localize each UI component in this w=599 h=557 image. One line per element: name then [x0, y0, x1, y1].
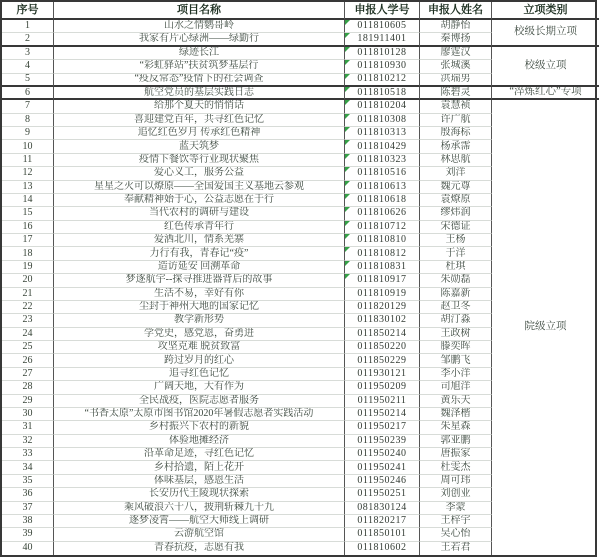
project-name-cell[interactable]: 爱心义工，服务公益 [54, 167, 345, 180]
student-id-cell[interactable]: 011850220 [345, 341, 420, 354]
row-number-cell[interactable]: 38 [2, 515, 54, 528]
row-number-cell[interactable]: 26 [2, 354, 54, 367]
student-id-cell[interactable]: 081830124 [345, 502, 420, 515]
student-id: 011810204 [357, 101, 406, 111]
applicant-name-cell[interactable]: 许广航 [420, 114, 492, 127]
student-id: 011810323 [357, 155, 406, 165]
student-id: 011950240 [357, 449, 406, 459]
project-name-cell[interactable]: 青春抗疫，志愿有我 [54, 542, 345, 555]
applicant-name-cell[interactable]: 赵卫冬 [420, 301, 492, 314]
row-number: 9 [25, 128, 30, 138]
student-id-cell[interactable]: 011950239 [345, 435, 420, 448]
project-name-cell[interactable]: 航空党员的基层实践日志 [54, 87, 345, 100]
applicant-name-cell[interactable]: 郭亚鹏 [420, 435, 492, 448]
applicant-name: 杨承霈 [441, 142, 471, 152]
student-id-cell[interactable]: 011930121 [345, 368, 420, 381]
applicant-name: 朱勋磊 [441, 275, 471, 285]
row-number-cell[interactable]: 16 [2, 221, 54, 234]
category-cell[interactable]: 院级立项 [492, 100, 599, 555]
applicant-name-cell[interactable]: 杨承霈 [420, 140, 492, 153]
student-id: 011820129 [357, 302, 406, 312]
applicant-name-cell[interactable]: 杜琪 [420, 261, 492, 274]
row-number-cell[interactable]: 37 [2, 502, 54, 515]
project-name: 梦逐航宇--探寻推进器背后的故事 [126, 275, 273, 285]
applicant-name-cell[interactable]: 陈嘉新 [420, 288, 492, 301]
applicant-name-cell[interactable]: 廖霆汉 [420, 47, 492, 60]
project-name-cell[interactable]: 沿革命足迹，寻红色记忆 [54, 448, 345, 461]
row-number: 29 [23, 396, 33, 406]
row-number-cell[interactable]: 32 [2, 435, 54, 448]
category-cell[interactable]: “淬炼红心”专项 [492, 87, 599, 100]
applicant-name: 袁燎原 [441, 195, 471, 205]
project-name: 逐梦凌霄——航空大师线上调研 [129, 516, 269, 526]
row-number-cell[interactable]: 25 [2, 341, 54, 354]
student-id-cell[interactable]: 011810605 [345, 20, 420, 33]
row-number: 21 [23, 289, 33, 299]
applicant-name-cell[interactable]: 缪炜润 [420, 207, 492, 220]
applicant-name: 朱星森 [441, 422, 471, 432]
applicant-name-cell[interactable]: 袁燎原 [420, 194, 492, 207]
row-number-cell[interactable]: 29 [2, 395, 54, 408]
row-number-cell[interactable]: 27 [2, 368, 54, 381]
project-name-cell[interactable]: “书香太原”太原市图书馆2020年暑假志愿者实践活动 [54, 408, 345, 421]
number-stored-as-text-flag-icon [345, 154, 350, 159]
project-name-cell[interactable]: 生活不易，幸好有你 [54, 288, 345, 301]
row-number: 35 [23, 476, 33, 486]
project-name-cell[interactable]: 蓝天筑梦 [54, 140, 345, 153]
project-name-cell[interactable]: 星星之火可以燎原——全国爱国主义基地云参观 [54, 181, 345, 194]
student-id: 011850101 [357, 529, 406, 539]
student-id-cell[interactable]: 011810930 [345, 60, 420, 73]
applicant-name: 杜雯杰 [441, 463, 471, 473]
student-id: 011810831 [357, 262, 406, 272]
row-number-cell[interactable]: 36 [2, 488, 54, 501]
applicant-name: 魏元尊 [441, 182, 471, 192]
applicant-name-cell[interactable]: 王政树 [420, 328, 492, 341]
student-id-cell[interactable]: 181911401 [345, 33, 420, 46]
row-number: 31 [23, 422, 33, 432]
student-id-cell[interactable]: 011810429 [345, 140, 420, 153]
student-id-cell[interactable]: 011810626 [345, 207, 420, 220]
row-number: 17 [23, 235, 33, 245]
project-name: 追忆红色岁月 传承红色精神 [138, 128, 261, 138]
row-number-cell[interactable]: 23 [2, 314, 54, 327]
category-label: 校级立项 [525, 61, 567, 72]
row-number: 39 [23, 529, 33, 539]
student-id: 011810930 [357, 61, 406, 71]
row-number: 6 [25, 88, 30, 98]
project-name: 攻坚克难 脱贫致富 [158, 342, 241, 352]
row-number: 36 [23, 489, 33, 499]
project-name-cell[interactable]: 当代农村的调研与建设 [54, 207, 345, 220]
row-number: 2 [25, 34, 30, 44]
student-id: 011950209 [357, 382, 406, 392]
row-number: 13 [23, 182, 33, 192]
applicant-name-cell[interactable]: 司旭洋 [420, 381, 492, 394]
project-name-cell[interactable]: 长安历代王陵现状探索 [54, 488, 345, 501]
row-number: 4 [25, 61, 30, 71]
student-id: 011810613 [357, 182, 406, 192]
row-number-cell[interactable]: 5 [2, 74, 54, 87]
project-name: 体味基层，感恩生活 [154, 476, 244, 486]
project-name: 云游航空馆 [174, 529, 224, 539]
column-header-seq[interactable]: 序号 [2, 2, 54, 20]
student-id-cell[interactable]: 011810602 [345, 542, 420, 555]
applicant-name-cell[interactable]: 王梓宇 [420, 515, 492, 528]
project-name-cell[interactable]: 逐梦凌霄——航空大师线上调研 [54, 515, 345, 528]
applicant-name-cell[interactable]: 张城溪 [420, 60, 492, 73]
project-name-cell[interactable]: 云游航空馆 [54, 528, 345, 541]
row-number-cell[interactable]: 1 [2, 20, 54, 33]
project-name-cell[interactable]: 绿迹长江 [54, 47, 345, 60]
row-number-cell[interactable]: 18 [2, 247, 54, 260]
project-name-cell[interactable]: 我家有片心绿洲——绿勤行 [54, 33, 345, 46]
row-number-cell[interactable]: 4 [2, 60, 54, 73]
student-id-cell[interactable]: 011950211 [345, 395, 420, 408]
applicant-name-cell[interactable]: 王若君 [420, 542, 492, 555]
applicant-name: 李小洋 [441, 369, 471, 379]
project-name-cell[interactable]: 造访延安 回溯革命 [54, 261, 345, 274]
applicant-name: 郭亚鹏 [441, 436, 471, 446]
project-name: 星星之火可以燎原——全国爱国主义基地云参观 [94, 182, 304, 192]
project-name: 全民战疫，医院志愿者服务 [139, 396, 259, 406]
applicant-name: 王杨 [446, 235, 466, 245]
applicant-name-cell[interactable]: 袁慧祯 [420, 100, 492, 113]
applicant-name: 周可玮 [441, 476, 471, 486]
student-id: 011810516 [357, 168, 406, 178]
project-name-cell[interactable]: 爱洒北川，情系羌寨 [54, 234, 345, 247]
applicant-name-cell[interactable]: 胡汀淼 [420, 314, 492, 327]
row-number: 25 [23, 342, 33, 352]
applicant-name-cell[interactable]: 邹鹏飞 [420, 354, 492, 367]
applicant-name: 缪炜润 [441, 208, 471, 218]
student-id-cell[interactable]: 011810618 [345, 194, 420, 207]
student-id: 011850220 [357, 342, 406, 352]
row-number-cell[interactable]: 13 [2, 181, 54, 194]
applicant-name: 王政树 [441, 329, 471, 339]
applicant-name-cell[interactable]: 滕奕晖 [420, 341, 492, 354]
row-number: 40 [23, 543, 33, 553]
applicant-name-cell[interactable]: 李蒙 [420, 502, 492, 515]
student-id-cell[interactable]: 011810812 [345, 247, 420, 260]
project-name-cell[interactable]: 乡村拾遗，陌上花开 [54, 461, 345, 474]
number-stored-as-text-flag-icon [345, 60, 350, 65]
student-id: 011950239 [357, 436, 406, 446]
student-id-cell[interactable]: 011810712 [345, 221, 420, 234]
student-id-cell[interactable]: 011810810 [345, 234, 420, 247]
project-name-cell[interactable]: 喜迎建党百年，共寻红色记忆 [54, 114, 345, 127]
row-number-cell[interactable]: 40 [2, 542, 54, 555]
row-number-cell[interactable]: 24 [2, 328, 54, 341]
student-id-cell[interactable]: 011810613 [345, 181, 420, 194]
column-header-category[interactable]: 立项类别 [492, 2, 599, 20]
row-number: 1 [25, 21, 30, 31]
row-number-cell[interactable]: 11 [2, 154, 54, 167]
student-id: 011950211 [358, 396, 407, 406]
row-number: 19 [23, 262, 33, 272]
row-number-cell[interactable]: 34 [2, 461, 54, 474]
student-id-cell[interactable]: 011810917 [345, 274, 420, 287]
student-id: 011810602 [357, 543, 406, 553]
number-stored-as-text-flag-icon [345, 221, 350, 226]
student-id: 011810626 [357, 208, 406, 218]
row-number-cell[interactable]: 12 [2, 167, 54, 180]
row-number-cell[interactable]: 35 [2, 475, 54, 488]
project-name: 青春抗疫，志愿有我 [154, 543, 244, 553]
row-number: 3 [25, 48, 30, 58]
number-stored-as-text-flag-icon [345, 114, 350, 119]
row-number-cell[interactable]: 33 [2, 448, 54, 461]
student-id: 011810618 [357, 195, 406, 205]
project-name-cell[interactable]: 乡村振兴下农村的新貌 [54, 421, 345, 434]
student-id-cell[interactable]: 011830102 [345, 314, 420, 327]
student-id-cell[interactable]: 011810516 [345, 167, 420, 180]
row-number-cell[interactable]: 7 [2, 100, 54, 113]
applicant-name: 胡汀淼 [441, 315, 471, 325]
project-name-cell[interactable]: “彩虹驿站”扶贫筑梦基层行 [54, 60, 345, 73]
row-number-cell[interactable]: 3 [2, 47, 54, 60]
student-id: 011810712 [357, 222, 406, 232]
applicant-name-cell[interactable]: 李小洋 [420, 368, 492, 381]
student-id-cell[interactable]: 011810919 [345, 288, 420, 301]
row-number-cell[interactable]: 20 [2, 274, 54, 287]
applicant-name-cell[interactable]: 周可玮 [420, 475, 492, 488]
project-name: 乡村拾遗，陌上花开 [154, 463, 244, 473]
project-name-cell[interactable]: 追忆红色岁月 传承红色精神 [54, 127, 345, 140]
column-header-project-name[interactable]: 项目名称 [54, 2, 345, 20]
project-name-cell[interactable]: 力行有我，青春记“疫” [54, 247, 345, 260]
project-name: 奉献精神始于心，公益志愿在于行 [124, 195, 274, 205]
project-name-cell[interactable]: 跨过岁月的红心 [54, 354, 345, 367]
row-number: 7 [25, 101, 30, 111]
project-name-cell[interactable]: 疫情下餐饮等行业现状聚焦 [54, 154, 345, 167]
row-number-cell[interactable]: 9 [2, 127, 54, 140]
applicant-name-cell[interactable]: 洪瑞男 [420, 74, 492, 87]
row-number: 23 [23, 315, 33, 325]
student-id-cell[interactable]: 011950251 [345, 488, 420, 501]
applicant-name-cell[interactable]: 刘创业 [420, 488, 492, 501]
student-id-cell[interactable]: 011850229 [345, 354, 420, 367]
row-number: 33 [23, 449, 33, 459]
student-id: 011850229 [357, 356, 406, 366]
applicant-name: 魏泽楷 [441, 409, 471, 419]
student-id-cell[interactable]: 011820217 [345, 515, 420, 528]
student-id-cell[interactable]: 011810831 [345, 261, 420, 274]
row-number-cell[interactable]: 17 [2, 234, 54, 247]
number-stored-as-text-flag-icon [345, 33, 350, 38]
project-name-cell[interactable]: 红色传承青年行 [54, 221, 345, 234]
student-id: 011810812 [357, 249, 406, 259]
student-id-cell[interactable]: 011810308 [345, 114, 420, 127]
row-number: 15 [23, 208, 33, 218]
row-number: 38 [23, 516, 33, 526]
number-stored-as-text-flag-icon [345, 140, 350, 145]
row-number-cell[interactable]: 15 [2, 207, 54, 220]
student-id-cell[interactable]: 011810128 [345, 47, 420, 60]
student-id-cell[interactable]: 011810212 [345, 74, 420, 87]
category-cell[interactable]: 校级立项 [492, 47, 599, 87]
project-name-cell[interactable]: 广阔天地，大有作为 [54, 381, 345, 394]
column-header-applicant-name[interactable]: 申报人姓名 [420, 2, 492, 20]
applicant-name: 滕奕晖 [441, 342, 471, 352]
project-name-cell[interactable]: 梦逐航宇--探寻推进器背后的故事 [54, 274, 345, 287]
project-name: 绿迹长江 [179, 48, 219, 58]
row-number: 8 [25, 115, 30, 125]
row-number-cell[interactable]: 28 [2, 381, 54, 394]
student-id-cell[interactable]: 011850214 [345, 328, 420, 341]
row-number-cell[interactable]: 22 [2, 301, 54, 314]
applicant-name: 许广航 [441, 115, 471, 125]
applicant-name: 刘创业 [441, 489, 471, 499]
number-stored-as-text-flag-icon [345, 247, 350, 252]
applicant-name-cell[interactable]: 殷海标 [420, 127, 492, 140]
project-name-cell[interactable]: 攻坚克难 脱贫致富 [54, 341, 345, 354]
applicant-name: 于洋 [446, 249, 466, 259]
project-name: 当代农村的调研与建设 [149, 208, 249, 218]
row-number-cell[interactable]: 14 [2, 194, 54, 207]
student-id-cell[interactable]: 011810323 [345, 154, 420, 167]
project-name-cell[interactable]: 给那个夏天的悄悄话 [54, 100, 345, 113]
applicant-name-cell[interactable]: 秦博扬 [420, 33, 492, 46]
project-name-cell[interactable]: 乘风破浪六十八，披荆斩棘九十九 [54, 502, 345, 515]
row-number-cell[interactable]: 31 [2, 421, 54, 434]
student-id: 011820217 [357, 516, 406, 526]
number-stored-as-text-flag-icon [345, 194, 350, 199]
student-id-cell[interactable]: 011950246 [345, 475, 420, 488]
student-id-cell[interactable]: 011950214 [345, 408, 420, 421]
applicant-name-cell[interactable]: 黄乐天 [420, 395, 492, 408]
category-cell[interactable]: 校级长期立项 [492, 20, 599, 47]
applicant-name: 秦博扬 [441, 34, 471, 44]
number-stored-as-text-flag-icon [345, 234, 350, 239]
applicant-name-cell[interactable]: 吴心怡 [420, 528, 492, 541]
project-name-cell[interactable]: 体验地摊经济 [54, 435, 345, 448]
row-number-cell[interactable]: 8 [2, 114, 54, 127]
applicant-name-cell[interactable]: 林思航 [420, 154, 492, 167]
applicant-name: 袁慧祯 [441, 101, 471, 111]
project-name: 乡村振兴下农村的新貌 [149, 422, 249, 432]
row-number-cell[interactable]: 2 [2, 33, 54, 46]
project-name-cell[interactable]: 体味基层，感恩生活 [54, 475, 345, 488]
project-name-cell[interactable]: 奉献精神始于心，公益志愿在于行 [54, 194, 345, 207]
applicant-name-cell[interactable]: 朱星森 [420, 421, 492, 434]
row-number: 12 [23, 168, 33, 178]
project-name: 爱心义工，服务公益 [154, 168, 244, 178]
student-id-cell[interactable]: 011950240 [345, 448, 420, 461]
applicant-name: 胡静怡 [441, 21, 471, 31]
project-name: 给那个夏天的悄悄话 [154, 101, 244, 111]
applicant-name-cell[interactable]: 王杨 [420, 234, 492, 247]
project-name: 跨过岁月的红心 [164, 356, 234, 366]
student-id-cell[interactable]: 011810518 [345, 87, 420, 100]
project-name: 爱洒北川，情系羌寨 [154, 235, 244, 245]
project-name: 学党史，感党恩，奋勇进 [144, 329, 254, 339]
applicant-name: 殷海标 [441, 128, 471, 138]
row-number: 28 [23, 382, 33, 392]
applicant-name-cell[interactable]: 魏泽楷 [420, 408, 492, 421]
applicant-name: 赵卫冬 [441, 302, 471, 312]
student-id: 011810810 [357, 235, 406, 245]
row-number: 34 [23, 463, 33, 473]
student-id: 011810518 [357, 88, 406, 98]
row-number: 11 [23, 155, 33, 165]
applicant-name-cell[interactable]: 宋德证 [420, 221, 492, 234]
number-stored-as-text-flag-icon [345, 20, 350, 25]
project-name: “彩虹驿站”扶贫筑梦基层行 [140, 61, 259, 71]
project-name: 红色传承青年行 [164, 222, 234, 232]
project-name-cell[interactable]: 全民战疫，医院志愿者服务 [54, 395, 345, 408]
number-stored-as-text-flag-icon [345, 47, 350, 52]
student-id-cell[interactable]: 011950217 [345, 421, 420, 434]
student-id-cell[interactable]: 011950209 [345, 381, 420, 394]
row-number-cell[interactable]: 6 [2, 87, 54, 100]
applicant-name-cell[interactable]: 魏元尊 [420, 181, 492, 194]
project-name-cell[interactable]: 追寻红色记忆 [54, 368, 345, 381]
student-id-cell[interactable]: 011810313 [345, 127, 420, 140]
student-id-cell[interactable]: 011950241 [345, 461, 420, 474]
applicant-name: 刘洋 [446, 168, 466, 178]
applicant-name-cell[interactable]: 胡静怡 [420, 20, 492, 33]
project-name: 长安历代王陵现状探索 [149, 489, 249, 499]
project-name: 我家有片心绿洲——绿勤行 [139, 34, 259, 44]
number-stored-as-text-flag-icon [345, 207, 350, 212]
applicant-name-cell[interactable]: 陈碧灵 [420, 87, 492, 100]
student-id: 011950251 [357, 489, 406, 499]
row-number: 20 [23, 275, 33, 285]
applicant-name: 邹鹏飞 [441, 356, 471, 366]
project-name: 教学新形势 [174, 315, 224, 325]
row-number-cell[interactable]: 30 [2, 408, 54, 421]
project-name: “疫反常态”疫情下的社会调查 [135, 74, 264, 84]
project-name-cell[interactable]: 教学新形势 [54, 314, 345, 327]
row-number-cell[interactable]: 21 [2, 288, 54, 301]
applicant-name: 廖霆汉 [441, 48, 471, 58]
category-label: “淬炼红心”专项 [509, 87, 581, 98]
applicant-name: 黄乐天 [441, 396, 471, 406]
student-id-cell[interactable]: 011850101 [345, 528, 420, 541]
applicant-name-cell[interactable]: 朱勋磊 [420, 274, 492, 287]
number-stored-as-text-flag-icon [345, 127, 350, 132]
row-number: 37 [23, 503, 33, 513]
applicant-name-cell[interactable]: 刘洋 [420, 167, 492, 180]
project-name-cell[interactable]: 学党史，感党恩，奋勇进 [54, 328, 345, 341]
row-number-cell[interactable]: 19 [2, 261, 54, 274]
student-id: 011810919 [357, 289, 406, 299]
project-name: 山水之情鹦哥岭 [164, 21, 234, 31]
student-id: 011810212 [357, 74, 406, 84]
applicant-name: 宋德证 [441, 222, 471, 232]
project-name-cell[interactable]: 山水之情鹦哥岭 [54, 20, 345, 33]
column-header-student-id[interactable]: 申报人学号 [345, 2, 420, 20]
applicant-name-cell[interactable]: 于洋 [420, 247, 492, 260]
row-number-cell[interactable]: 10 [2, 140, 54, 153]
row-number: 5 [25, 74, 30, 84]
project-name-cell[interactable]: “疫反常态”疫情下的社会调查 [54, 74, 345, 87]
applicant-name-cell[interactable]: 杜雯杰 [420, 461, 492, 474]
student-id-cell[interactable]: 011820129 [345, 301, 420, 314]
number-stored-as-text-flag-icon [345, 100, 350, 105]
number-stored-as-text-flag-icon [345, 181, 350, 186]
row-number-cell[interactable]: 39 [2, 528, 54, 541]
project-approval-table: 序号 项目名称 申报人学号 申报人姓名 立项类别 1山水之情鹦哥岭0118106… [0, 0, 597, 557]
student-id: 011930121 [357, 369, 406, 379]
applicant-name-cell[interactable]: 唐振家 [420, 448, 492, 461]
student-id-cell[interactable]: 011810204 [345, 100, 420, 113]
project-name: “书香太原”太原市图书馆2020年暑假志愿者实践活动 [85, 409, 314, 419]
student-id: 011810429 [357, 142, 406, 152]
project-name-cell[interactable]: 尘封于神州大地的国家记忆 [54, 301, 345, 314]
category-label: 校级长期立项 [514, 27, 577, 38]
